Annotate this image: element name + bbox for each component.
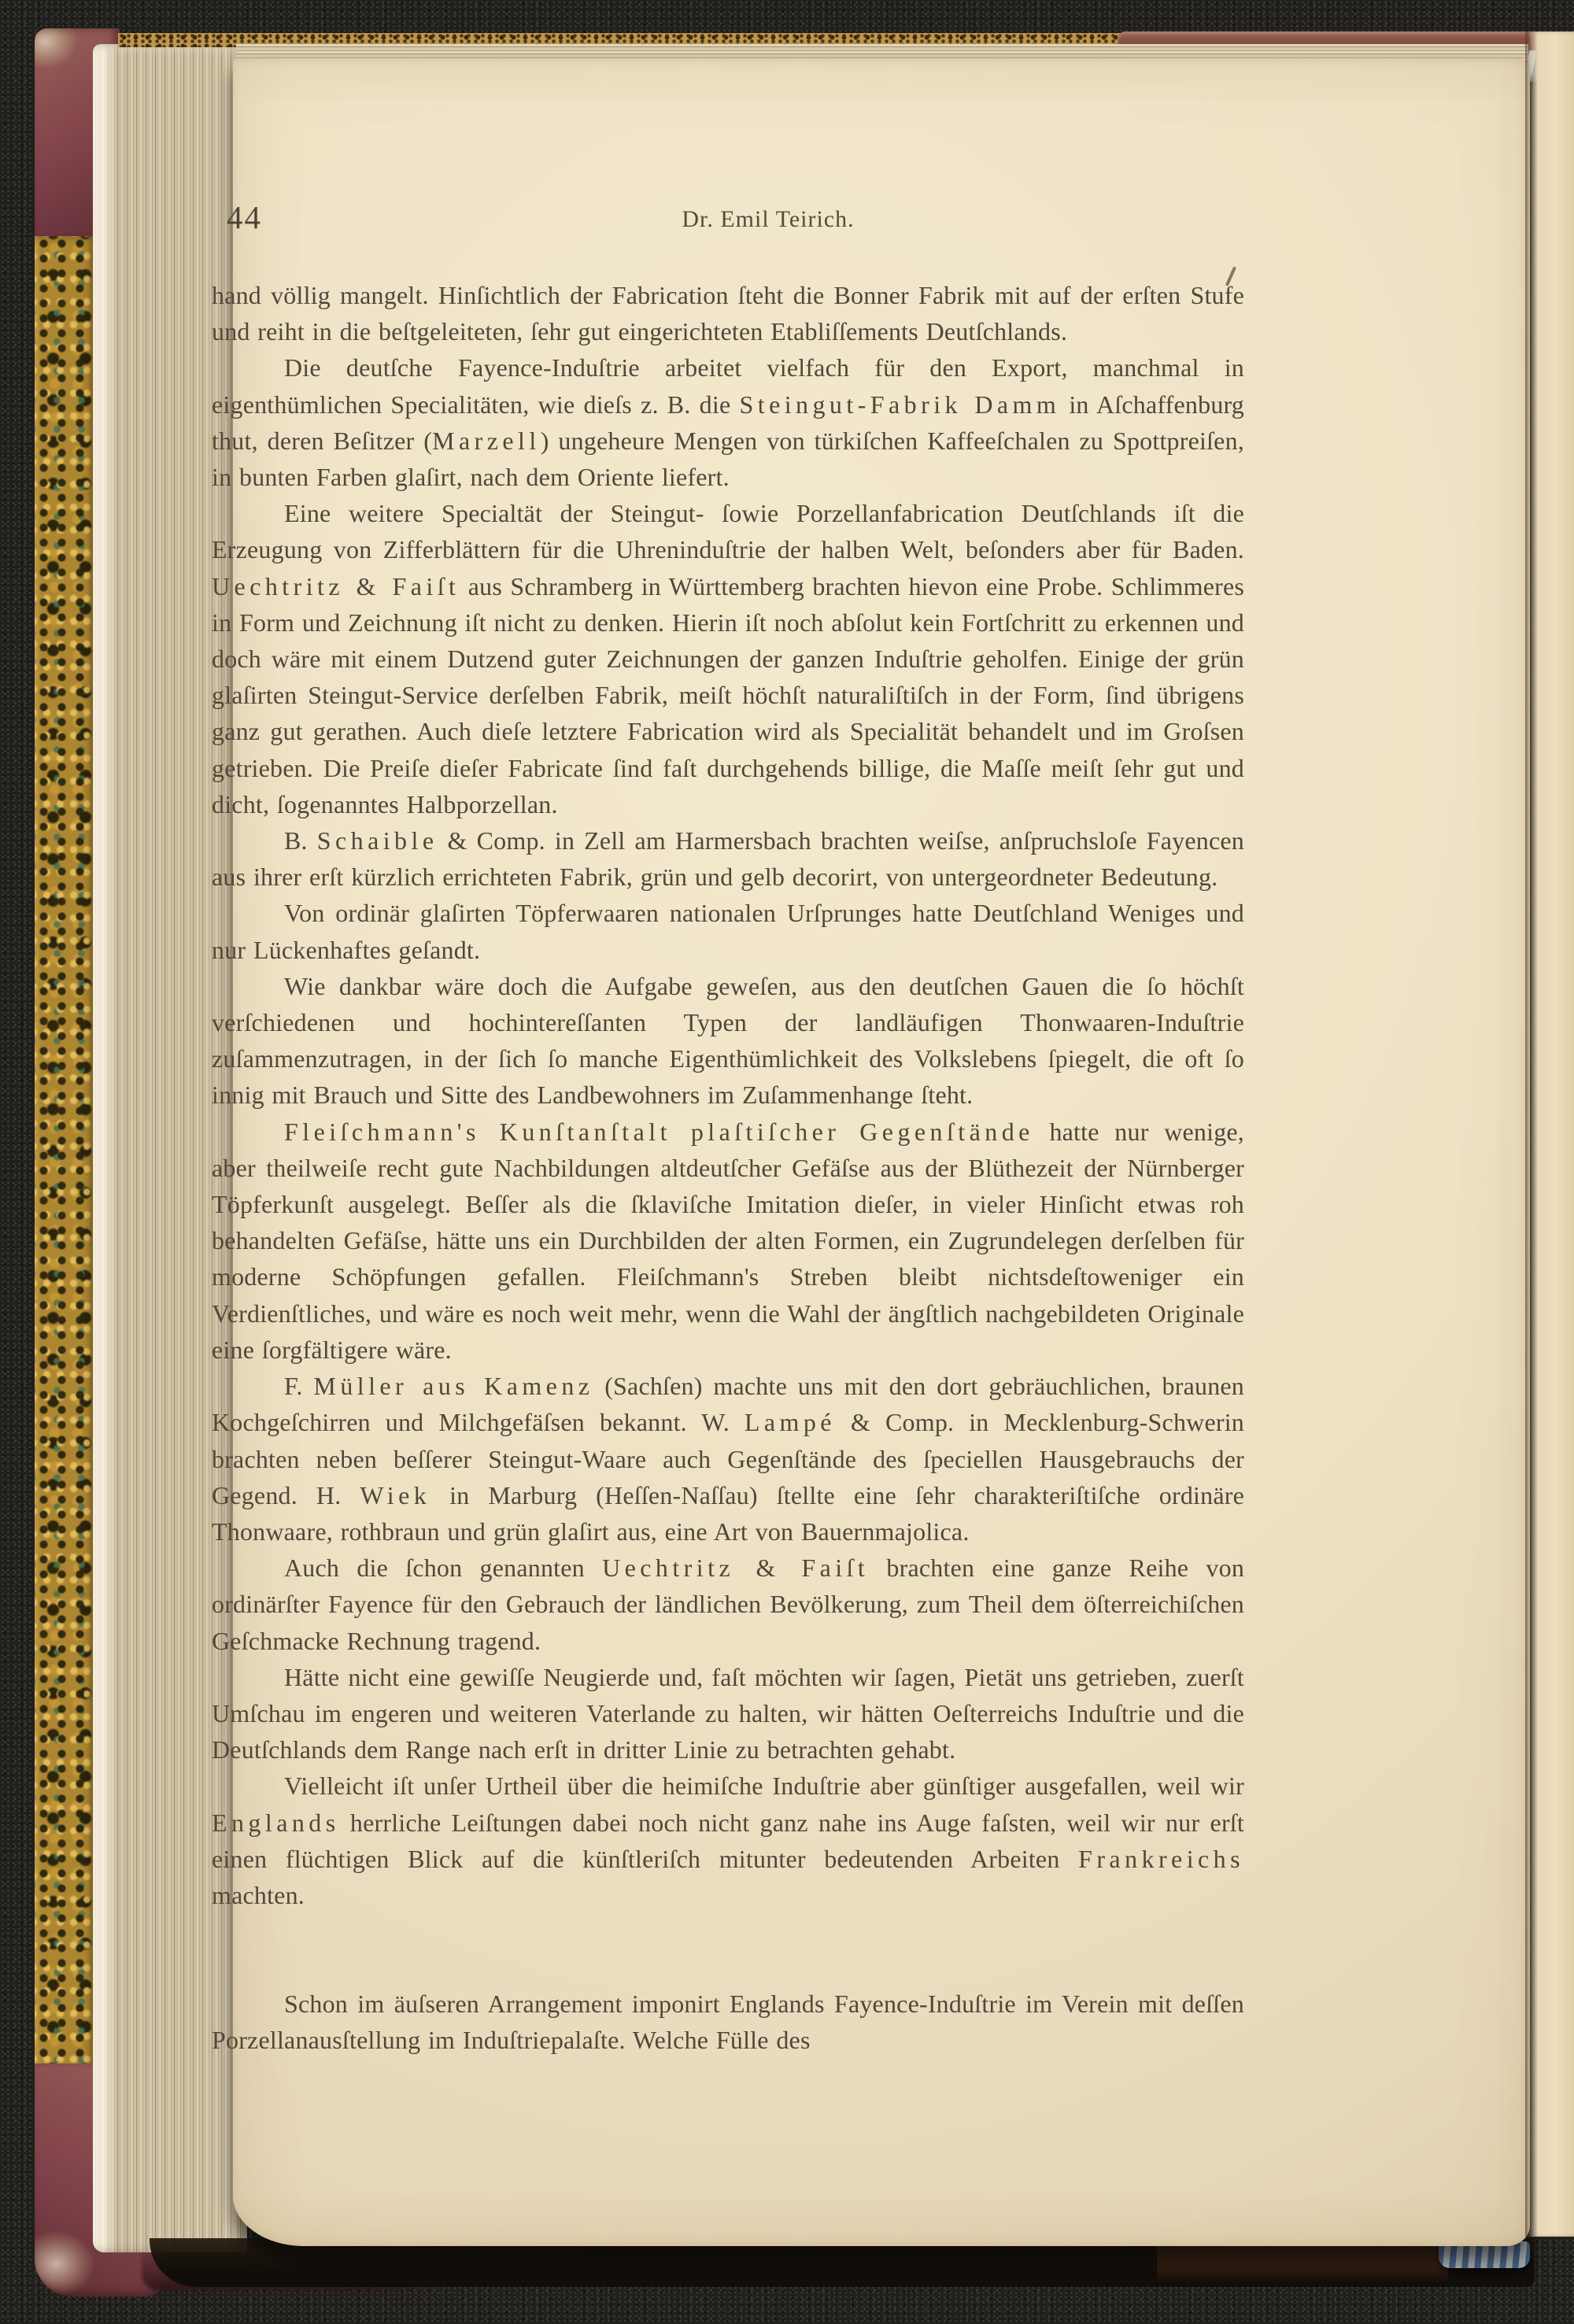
text-run: Hätte nicht eine gewiſſe Neugierde und, …: [212, 1663, 1244, 1764]
letterspaced-name: Wiek: [360, 1481, 430, 1509]
paragraph: Schon im äuſseren Arrangement imponirt E…: [212, 1986, 1244, 2058]
book-photo: 44 Dr. Emil Teirich. hand völlig mangelt…: [0, 0, 1574, 2324]
paragraph: hand völlig mangelt. Hinſichtlich der Fa…: [212, 277, 1244, 349]
marbled-cover-edge: [35, 236, 98, 2070]
text-run: Eine weitere Specialtät der Steingut- ſo…: [212, 499, 1244, 563]
paragraph: Von ordinär glaſirten Töpferwaaren natio…: [212, 895, 1244, 967]
letterspaced-name: Marzell: [432, 427, 541, 455]
text-run: aus Schramberg in Württemberg brachten h…: [212, 572, 1244, 818]
running-header: Dr. Emil Teirich.: [228, 206, 1261, 233]
gutter-facing-page: [1525, 31, 1574, 2237]
letterspaced-name: Fleiſchmann's Kunſtanſtalt plaſtiſcher G…: [284, 1118, 1034, 1146]
paragraph: Hätte nicht eine gewiſſe Neugierde und, …: [212, 1659, 1244, 1768]
paragraph: Wie dankbar wäre doch die Aufgabe geweſe…: [212, 968, 1244, 1114]
text-run: Von ordinär glaſirten Töpferwaaren natio…: [212, 899, 1244, 963]
paragraph: B. Schaible & Comp. in Zell am Harmersba…: [212, 822, 1244, 895]
letterspaced-name: Frankreichs: [1078, 1845, 1244, 1873]
paragraph: Eine weitere Specialtät der Steingut- ſo…: [212, 495, 1244, 822]
text-run: Wie dankbar wäre doch die Aufgabe geweſe…: [212, 972, 1244, 1110]
paragraph: F. Müller aus Kamenz (Sachſen) machte un…: [212, 1368, 1244, 1550]
letterspaced-name: Englands: [212, 1809, 340, 1837]
letterspaced-name: Steingut-Fabrik Damm: [740, 390, 1061, 419]
letterspaced-name: Müller aus Kamenz: [313, 1372, 593, 1400]
text-run: machten.: [212, 1881, 305, 1909]
text-run: hand völlig mangelt. Hinſichtlich der Fa…: [212, 281, 1244, 345]
paragraph: Auch die ſchon genannten Uechtritz & Fai…: [212, 1550, 1244, 1659]
text-run: hatte nur wenige, aber theilweiſe recht …: [212, 1118, 1244, 1364]
paragraph: Fleiſchmann's Kunſtanſtalt plaſtiſcher G…: [212, 1114, 1244, 1368]
letterspaced-name: Uechtritz & Faiſt: [212, 572, 460, 600]
text-run: Vielleicht iſt unſer Urtheil über die he…: [284, 1772, 1244, 1800]
letterspaced-name: Lampé: [745, 1408, 836, 1436]
letterspaced-name: Schaible: [317, 826, 438, 855]
leather-cover-bottom-edge: [1157, 2245, 1448, 2281]
text-run: F.: [284, 1372, 313, 1400]
paragraph: Vielleicht iſt unſer Urtheil über die he…: [212, 1768, 1244, 1913]
text-run: Auch die ſchon genannten: [284, 1554, 602, 1582]
text-run: Schon im äuſseren Arrangement imponirt E…: [212, 1990, 1244, 2054]
paragraph: Die deutſche Fayence-Induſtrie arbeitet …: [212, 349, 1244, 495]
body-text: hand völlig mangelt. Hinſichtlich der Fa…: [212, 277, 1244, 2059]
text-run: B.: [284, 826, 317, 855]
letterspaced-name: Uechtritz & Faiſt: [602, 1554, 869, 1582]
